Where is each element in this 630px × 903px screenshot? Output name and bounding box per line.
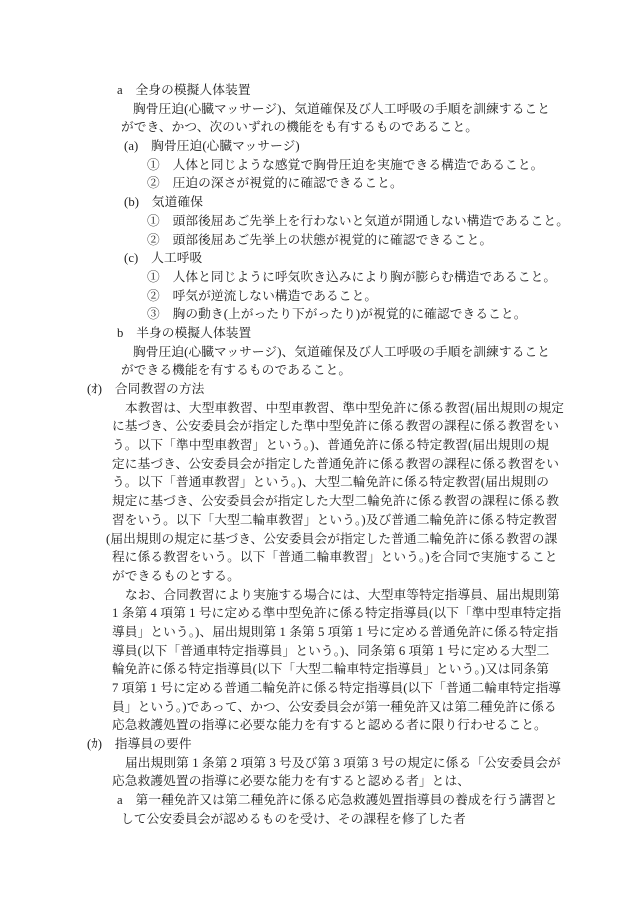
doc-line: 導員(以下「普通車特定指導員」という。)、同条第 6 項第 1 号に定める大型二 [0, 642, 630, 661]
document-body: a 全身の模擬人体装置 胸骨圧迫(心臓マッサージ)、気道確保及び人工呼吸の手順を… [0, 81, 630, 829]
doc-line: 規定に基づき、公安委員会が指定した大型二輪免許に係る教習の課程に係る教 [0, 492, 630, 511]
doc-line: ② 頭部後屈あご先挙上の状態が視覚的に確認できること。 [0, 231, 630, 250]
doc-line: 程に係る教習をいう。以下「普通二輪車教習」という。)を合同で実施すること [0, 548, 630, 567]
doc-line: a 全身の模擬人体装置 [0, 81, 630, 100]
doc-line: 員」という。)であって、かつ、公安委員会が第一種免許又は第二種免許に係る [0, 698, 630, 717]
doc-line: 習をいう。以下「大型二輪車教習」という。)及び普通二輪免許に係る特定教習 [0, 511, 630, 530]
doc-line: b 半身の模擬人体装置 [0, 324, 630, 343]
doc-line: して公安委員会が認めるものを受け、その課程を修了した者 [0, 810, 630, 829]
doc-line: ② 圧迫の深さが視覚的に確認できること。 [0, 174, 630, 193]
doc-line: う。以下「準中型車教習」という。)、普通免許に係る特定教習(届出規則の規 [0, 436, 630, 455]
doc-line: 本教習は、大型車教習、中型車教習、準中型免許に係る教習(届出規則の規定 [0, 399, 630, 418]
doc-line: 届出規則第 1 条第 2 項第 3 号及び第 3 項第 3 号の規定に係る「公安… [0, 754, 630, 773]
doc-line: に基づき、公安委員会が指定した準中型免許に係る教習の課程に係る教習をい [0, 417, 630, 436]
doc-line: ② 呼気が逆流しない構造であること。 [0, 287, 630, 306]
doc-line: 応急救護処置の指導に必要な能力を有すると認める者に限り行わせること。 [0, 716, 630, 735]
doc-line: う。以下「普通車教習」という。)、大型二輪免許に係る特定教習(届出規則の [0, 473, 630, 492]
doc-section-heading: (ｶ) 指導員の要件 [0, 735, 630, 754]
doc-line: 定に基づき、公安委員会が指定した普通免許に係る教習の課程に係る教習をい [0, 455, 630, 474]
doc-line: a 第一種免許又は第二種免許に係る応急救護処置指導員の養成を行う講習と [0, 791, 630, 810]
doc-line: 導員」という。)、届出規則第 1 条第 5 項第 1 号に定める普通免許に係る特… [0, 623, 630, 642]
doc-line: (a) 胸骨圧迫(心臓マッサージ) [0, 137, 630, 156]
doc-line: ができるものとする。 [0, 567, 630, 586]
doc-line: ができ、かつ、次のいずれの機能をも有するものであること。 [0, 118, 630, 137]
doc-line: ① 頭部後屈あご先挙上を行わないと気道が開通しない構造であること。 [0, 212, 630, 231]
doc-line: 7 項第 1 号に定める普通二輪免許に係る特定指導員(以下「普通二輪車特定指導 [0, 679, 630, 698]
doc-line: 輪免許に係る特定指導員(以下「大型二輪車特定指導員」という。)又は同条第 [0, 660, 630, 679]
document-page: a 全身の模擬人体装置 胸骨圧迫(心臓マッサージ)、気道確保及び人工呼吸の手順を… [0, 0, 630, 903]
doc-line: 胸骨圧迫(心臓マッサージ)、気道確保及び人工呼吸の手順を訓練すること [0, 100, 630, 119]
doc-line: ③ 胸の動き(上がったり下がったり)が視覚的に確認できること。 [0, 305, 630, 324]
doc-line: ① 人体と同じように呼気吹き込みにより胸が膨らむ構造であること。 [0, 268, 630, 287]
doc-line: ができる機能を有するものであること。 [0, 361, 630, 380]
doc-line: (c) 人工呼吸 [0, 249, 630, 268]
doc-line: (b) 気道確保 [0, 193, 630, 212]
doc-line: (届出規則の規定に基づき、公安委員会が指定した普通二輪免許に係る教習の課 [0, 530, 630, 549]
doc-line: 1 条第 4 項第 1 号に定める準中型免許に係る特定指導員(以下「準中型車特定… [0, 604, 630, 623]
doc-line: なお、合同教習により実施する場合には、大型車等特定指導員、届出規則第 [0, 586, 630, 605]
doc-line: 応急救護処置の指導に必要な能力を有すると認める者」とは、 [0, 772, 630, 791]
doc-line: 胸骨圧迫(心臓マッサージ)、気道確保及び人工呼吸の手順を訓練すること [0, 343, 630, 362]
doc-section-heading: (ｵ) 合同教習の方法 [0, 380, 630, 399]
doc-line: ① 人体と同じような感覚で胸骨圧迫を実施できる構造であること。 [0, 156, 630, 175]
